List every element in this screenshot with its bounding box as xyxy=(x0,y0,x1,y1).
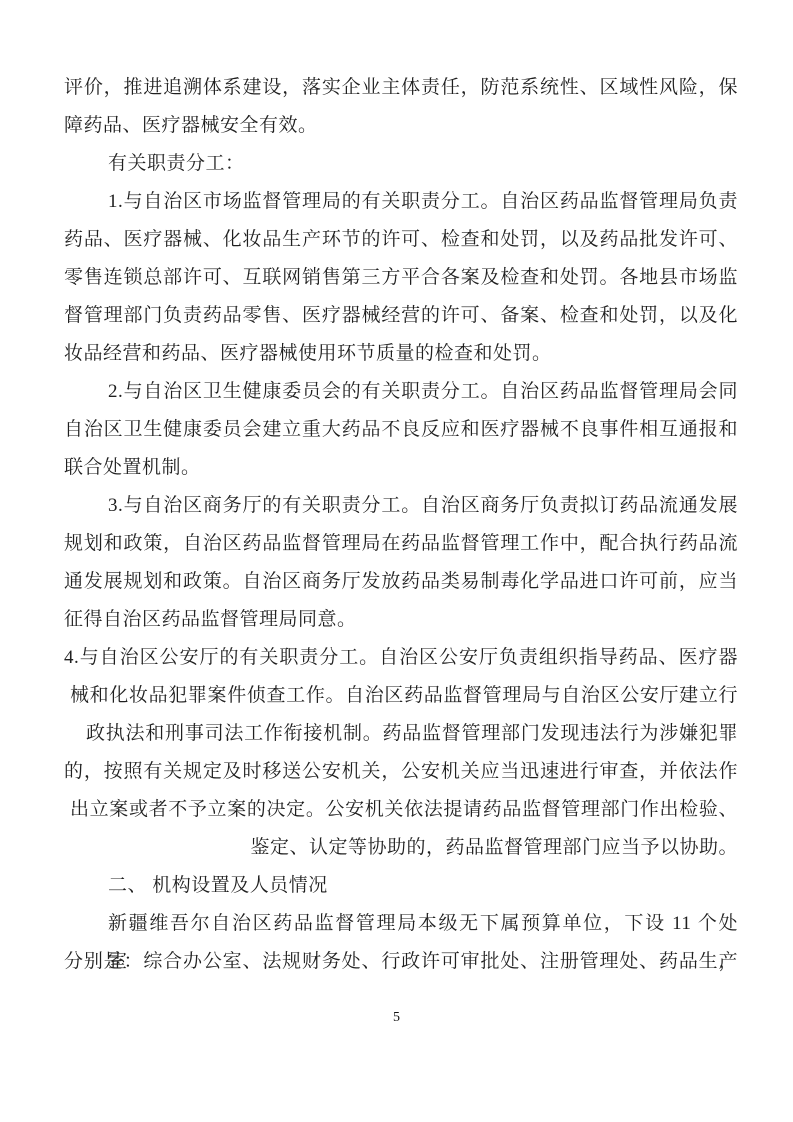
text-line: 障药品、医疗器械安全有效。 xyxy=(64,107,738,145)
text-line: 自治区卫生健康委员会建立重大药品不良反应和医疗器械不良事件相互通报和 xyxy=(64,411,738,449)
text-line: 征得自治区药品监督管理局同意。 xyxy=(64,601,738,639)
text-line: 1.与自治区市场监督管理局的有关职责分工。自治区药品监督管理局负责 xyxy=(64,183,738,221)
text-line: 零售连锁总部许可、互联网销售第三方平合各案及检查和处罚。各地县市场监 xyxy=(64,259,738,297)
text-line: 出立案或者不予立案的决定。公安机关依法提请药品监督管理部门作出检验、 xyxy=(64,791,738,829)
text-line: 联合处置机制。 xyxy=(64,449,738,487)
section-heading: 二、 机构设置及人员情况 xyxy=(64,867,738,905)
text-line: 政执法和刑事司法工作衔接机制。药品监督管理部门发现违法行为涉嫌犯罪 xyxy=(64,715,738,753)
text-line: 的，按照有关规定及时移送公安机关，公安机关应当迅速进行审查，并依法作 xyxy=(64,753,738,791)
text-line: 药品、医疗器械、化妆品生产环节的许可、检查和处罚，以及药品批发许可、 xyxy=(64,221,738,259)
page-number: 5 xyxy=(0,1008,793,1028)
text-line: 规划和政策，自治区药品监督管理局在药品监督管理工作中，配合执行药品流 xyxy=(64,525,738,563)
text-line: 鉴定、认定等协助的，药品监督管理部门应当予以协助。 xyxy=(64,829,738,867)
document-body: 评价，推进追溯体系建设，落实企业主体责任，防范系统性、区域性风险，保 障药品、医… xyxy=(64,69,738,981)
text-line: 4.与自治区公安厅的有关职责分工。自治区公安厅负责组织指导药品、医疗器 xyxy=(64,639,738,677)
text-line: 通发展规划和政策。自治区商务厅发放药品类易制毒化学品进口许可前，应当 xyxy=(64,563,738,601)
text-line: 妆品经营和药品、医疗器械使用环节质量的检查和处罚。 xyxy=(64,335,738,373)
text-line: 2.与自治区卫生健康委员会的有关职责分工。自治区药品监督管理局会同 xyxy=(64,373,738,411)
document-page: 评价，推进追溯体系建设，落实企业主体责任，防范系统性、区域性风险，保 障药品、医… xyxy=(0,0,793,1122)
subheading-duties: 有关职责分工： xyxy=(64,145,738,183)
text-line: 评价，推进追溯体系建设，落实企业主体责任，防范系统性、区域性风险，保 xyxy=(64,69,738,107)
text-line: 督管理部门负责药品零售、医疗器械经营的许可、备案、检查和处罚，以及化 xyxy=(64,297,738,335)
text-line: 分别是：综合办公室、法规财务处、行政许可审批处、注册管理处、药品生产 xyxy=(64,943,738,981)
text-line: 3.与自治区商务厅的有关职责分工。自治区商务厅负责拟订药品流通发展 xyxy=(64,487,738,525)
text-line: 新疆维吾尔自治区药品监督管理局本级无下属预算单位，下设 11 个处室， xyxy=(64,905,738,943)
text-line: 械和化妆品犯罪案件侦查工作。自治区药品监督管理局与自治区公安厅建立行 xyxy=(64,677,738,715)
